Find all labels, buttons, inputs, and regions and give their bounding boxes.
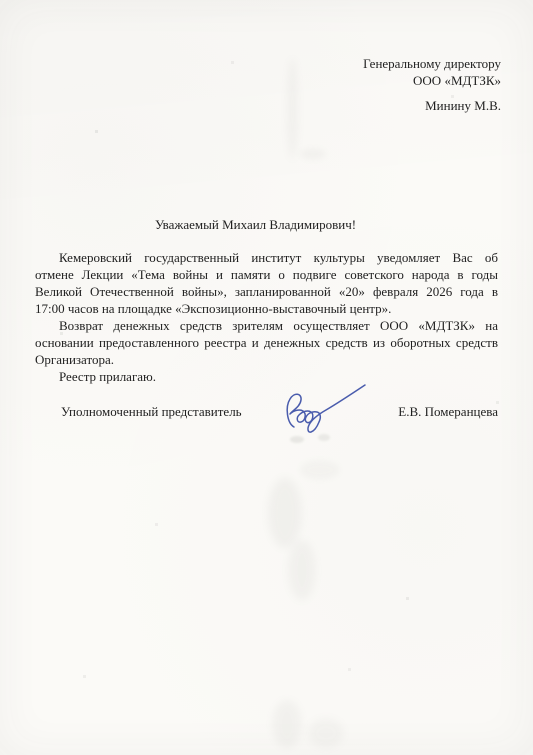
- recipient-block: Генеральному директору ООО «МДТЗК» Минин…: [363, 55, 501, 114]
- scan-artifact: [287, 58, 298, 160]
- body-line: Кемеровский государственный институт кул…: [35, 249, 498, 266]
- scan-artifact: [290, 436, 304, 443]
- body-line: Великой Отечественной войны», запланиров…: [35, 283, 498, 300]
- scan-artifact: [288, 540, 316, 600]
- letter-body: Кемеровский государственный институт кул…: [35, 249, 498, 385]
- recipient-title: Генеральному директору: [363, 55, 501, 72]
- recipient-addressee: Минину М.В.: [363, 97, 501, 114]
- body-line: Реестр прилагаю.: [35, 368, 498, 385]
- scan-artifact: [308, 718, 344, 748]
- signature-row: Уполномоченный представитель Е.В. Помера…: [35, 403, 498, 420]
- scan-artifact: [300, 460, 340, 480]
- body-line: 17:00 часов на площадке «Экспозиционно-в…: [35, 300, 498, 317]
- scan-artifact: [272, 700, 302, 748]
- signatory-role: Уполномоченный представитель: [61, 403, 242, 420]
- recipient-company: ООО «МДТЗК»: [363, 72, 501, 89]
- body-line: Организатора.: [35, 351, 498, 368]
- scan-speckles: [0, 0, 1, 1]
- signatory-name: Е.В. Померанцева: [398, 403, 498, 420]
- scan-artifact: [268, 478, 302, 548]
- letter-page: Генеральному директору ООО «МДТЗК» Минин…: [0, 0, 533, 755]
- scan-artifact: [318, 434, 330, 441]
- salutation: Уважаемый Михаил Владимирович!: [25, 216, 486, 233]
- scan-artifact: [300, 148, 326, 160]
- body-line: Возврат денежных средств зрителям осущес…: [35, 317, 498, 334]
- body-line: отмене Лекции «Тема войны и памяти о под…: [35, 266, 498, 283]
- body-line: основании предоставленного реестра и ден…: [35, 334, 498, 351]
